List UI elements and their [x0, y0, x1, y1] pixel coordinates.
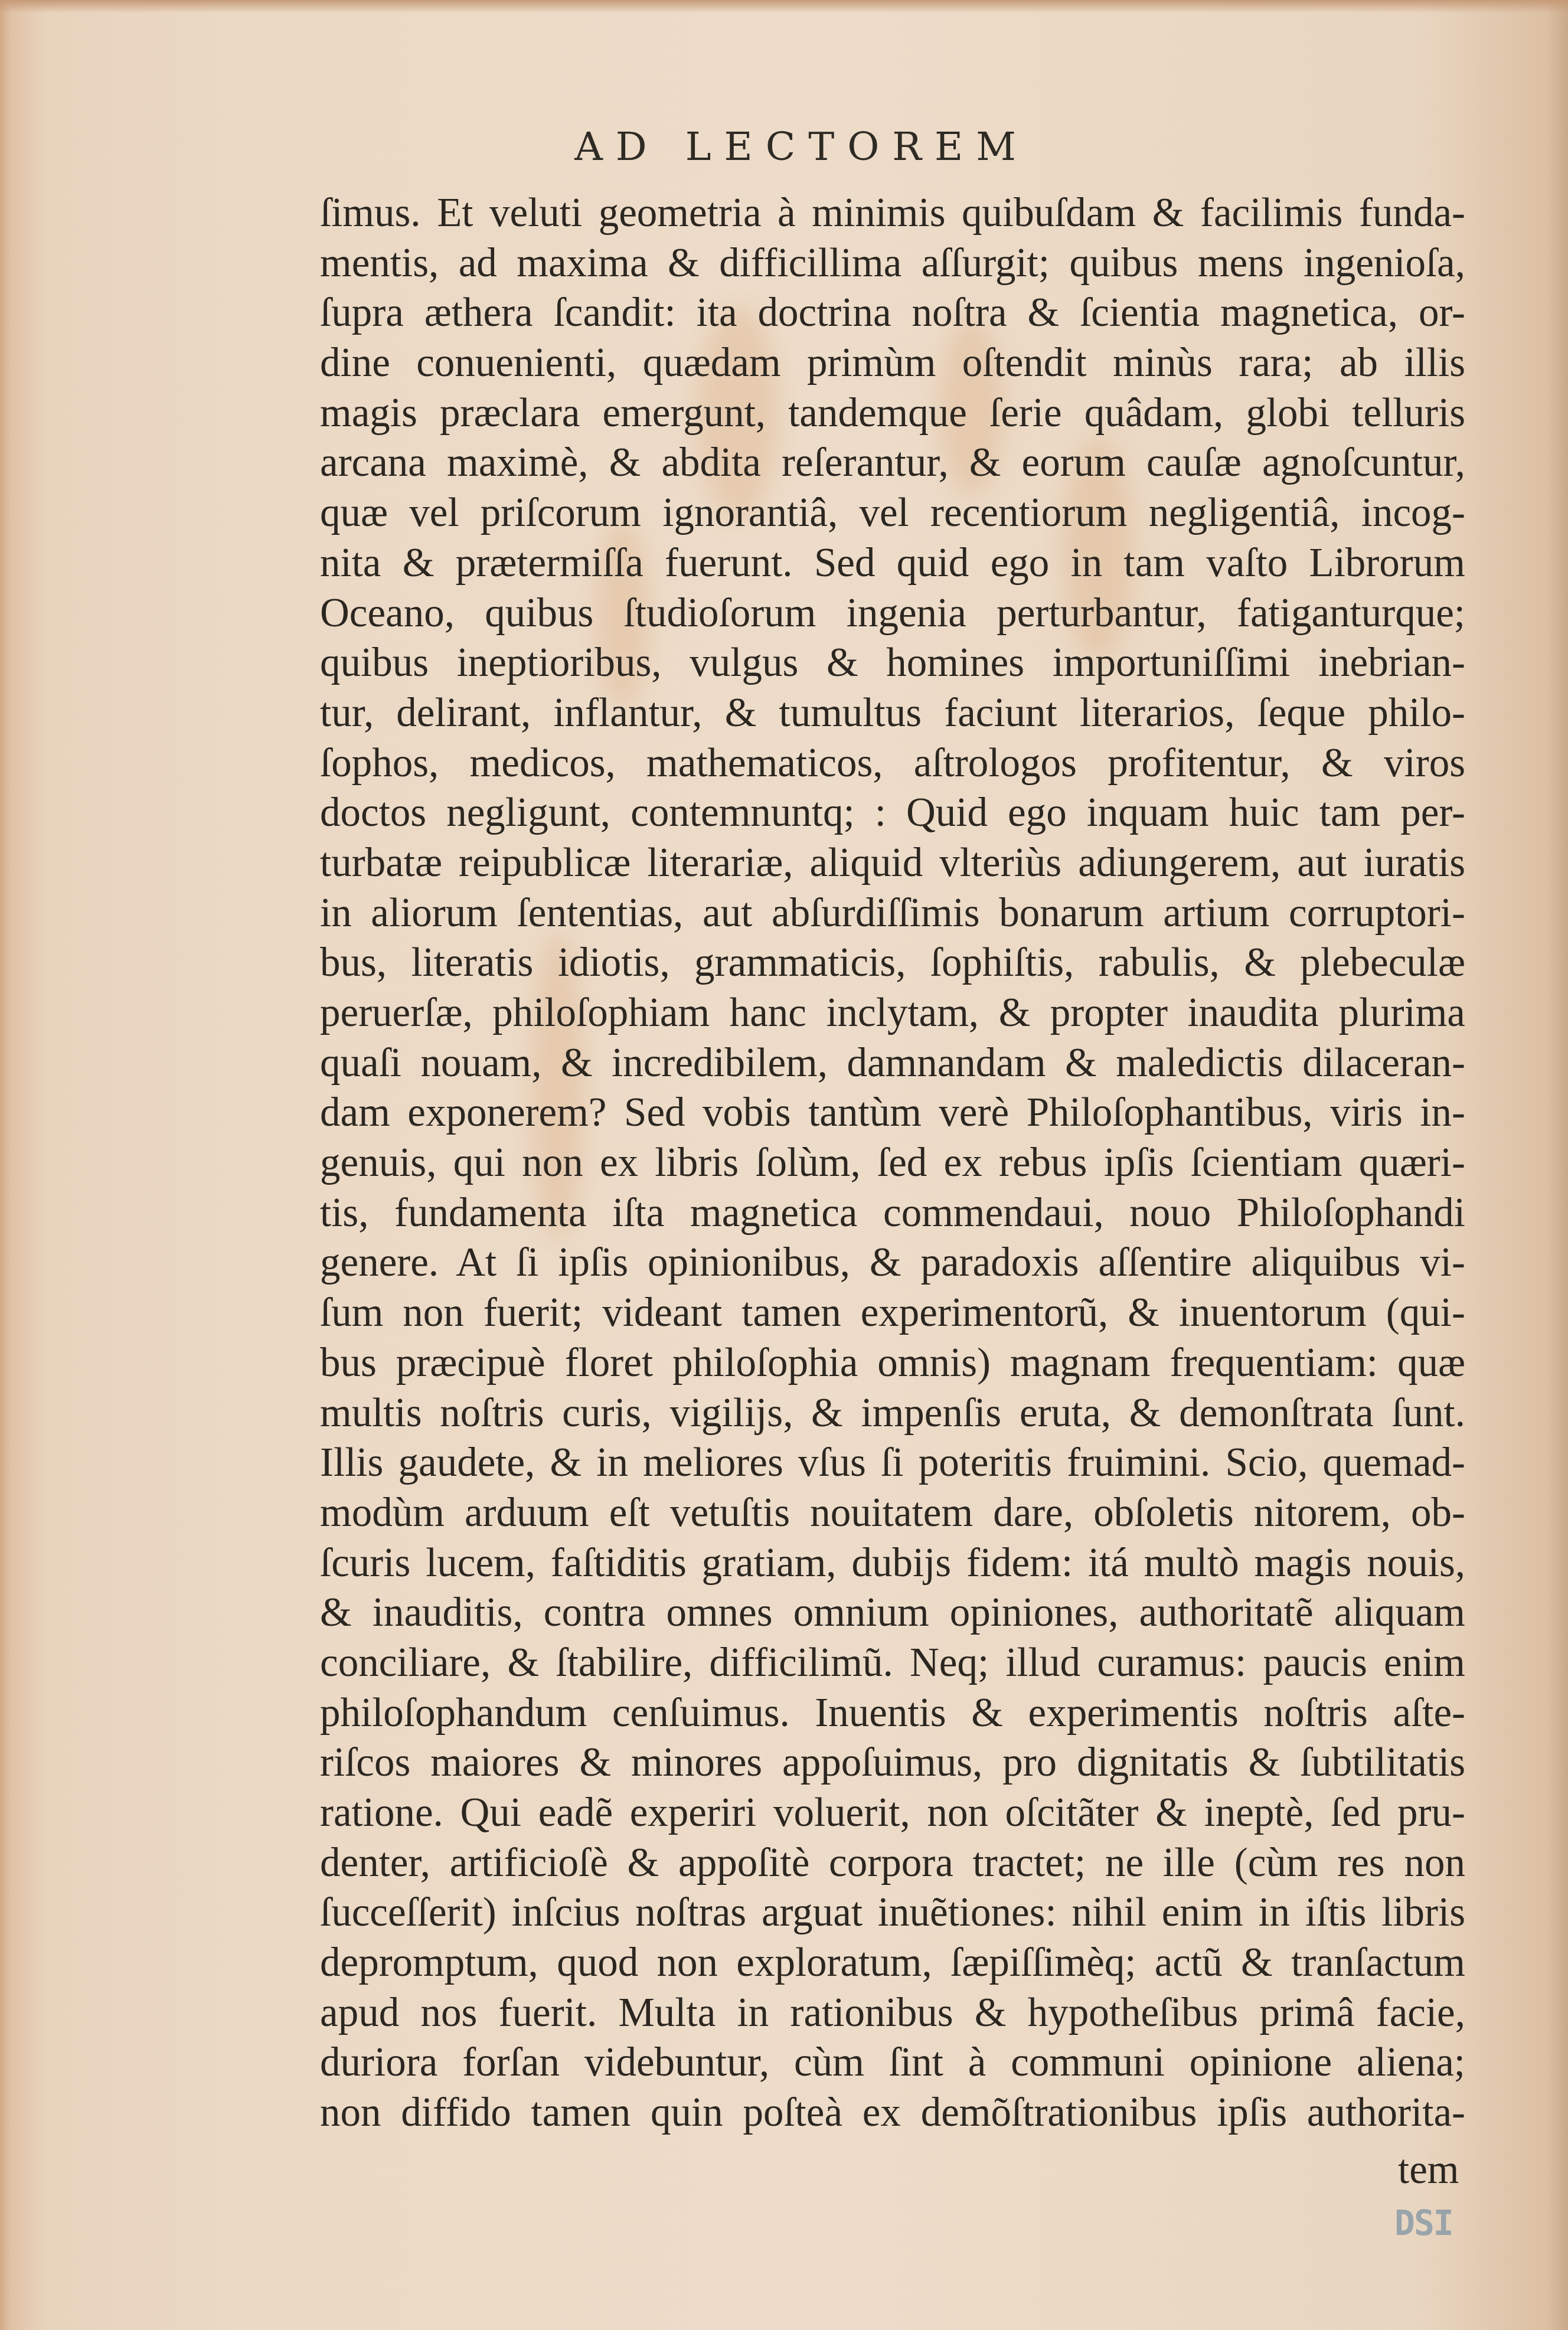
- text-line: peruerſæ, philoſophiam hanc inclytam, & …: [320, 988, 1465, 1038]
- text-line: mentis, ad maxima & difficillima aſſurgi…: [320, 238, 1465, 288]
- text-line: arcana maximè, & abdita reſerantur, & eo…: [320, 437, 1465, 488]
- text-line: turbatæ reipublicæ literariæ, aliquid vl…: [320, 838, 1465, 888]
- text-line: Illis gaudete, & in meliores vſus ſi pot…: [320, 1437, 1465, 1488]
- text-line: ſupra æthera ſcandit: ita doctrina noſtr…: [320, 287, 1465, 338]
- text-line: magis præclara emergunt, tandemque ſerie…: [320, 388, 1465, 438]
- text-line: ratione. Qui eadẽ experiri voluerit, non…: [320, 1787, 1465, 1838]
- text-line: conciliare, & ſtabilire, difficilimũ. Ne…: [320, 1638, 1465, 1688]
- body-text: ſimus. Et veluti geometria à minimis qui…: [320, 188, 1465, 2138]
- text-line: dam exponerem? Sed vobis tantùm verè Phi…: [320, 1087, 1465, 1138]
- text-line: riſcos maiores & minores appoſuimus, pro…: [320, 1737, 1465, 1787]
- text-line: tis, fundamenta iſta magnetica commendau…: [320, 1188, 1465, 1238]
- text-line: quibus ineptioribus, vulgus & homines im…: [320, 638, 1465, 688]
- text-line: ſimus. Et veluti geometria à minimis qui…: [320, 188, 1465, 238]
- text-line: genuis, qui non ex libris ſolùm, ſed ex …: [320, 1138, 1465, 1188]
- text-line: tur, delirant, inflantur, & tumultus fac…: [320, 688, 1465, 738]
- text-line: multis noſtris curis, vigilijs, & impenſ…: [320, 1388, 1465, 1438]
- text-line: bus, literatis idiotis, grammaticis, ſop…: [320, 937, 1465, 988]
- catchword: tem: [1398, 2146, 1459, 2193]
- text-line: denter, artificioſè & appoſitè corpora t…: [320, 1838, 1465, 1888]
- text-line: philoſophandum cenſuimus. Inuentis & exp…: [320, 1688, 1465, 1738]
- text-line: modùm arduum eſt vetuſtis nouitatem dare…: [320, 1488, 1465, 1538]
- text-line: doctos negligunt, contemnuntq; : Quid eg…: [320, 787, 1465, 838]
- text-line: non diffido tamen quin poſteà ex demõſtr…: [320, 2087, 1465, 2138]
- text-line: in aliorum ſententias, aut abſurdiſſimis…: [320, 888, 1465, 938]
- text-line: ſum non fuerit; videant tamen experiment…: [320, 1287, 1465, 1338]
- library-stamp: DSI: [1394, 2203, 1453, 2243]
- text-line: ſucceſſerit) inſcius noſtras arguat inuẽ…: [320, 1887, 1465, 1937]
- text-line: nita & prætermiſſa fuerunt. Sed quid ego…: [320, 538, 1465, 588]
- text-line: dine conuenienti, quædam primùm oſtendit…: [320, 338, 1465, 388]
- text-line: & inauditis, contra omnes omnium opinion…: [320, 1587, 1465, 1638]
- text-line: Oceano, quibus ſtudioſorum ingenia pertu…: [320, 588, 1465, 638]
- text-line: ſcuris lucem, faſtiditis gratiam, dubijs…: [320, 1538, 1465, 1588]
- text-line: quæ vel priſcorum ignorantiâ, vel recent…: [320, 488, 1465, 538]
- scanned-book-page: AD LECTOREM ſimus. Et veluti geometria à…: [0, 0, 1568, 2330]
- text-line: genere. At ſi ipſis opinionibus, & parad…: [320, 1237, 1465, 1287]
- text-line: ſophos, medicos, mathematicos, aſtrologo…: [320, 738, 1465, 788]
- text-line: depromptum, quod non exploratum, ſæpiſſi…: [320, 1937, 1465, 1988]
- text-line: bus præcipuè floret philoſophia omnis) m…: [320, 1338, 1465, 1388]
- text-line: quaſi nouam, & incredibilem, damnandam &…: [320, 1038, 1465, 1088]
- running-header: AD LECTOREM: [0, 124, 1568, 169]
- text-line: duriora forſan videbuntur, cùm ſint à co…: [320, 2037, 1465, 2087]
- text-line: apud nos fuerit. Multa in rationibus & h…: [320, 1988, 1465, 2038]
